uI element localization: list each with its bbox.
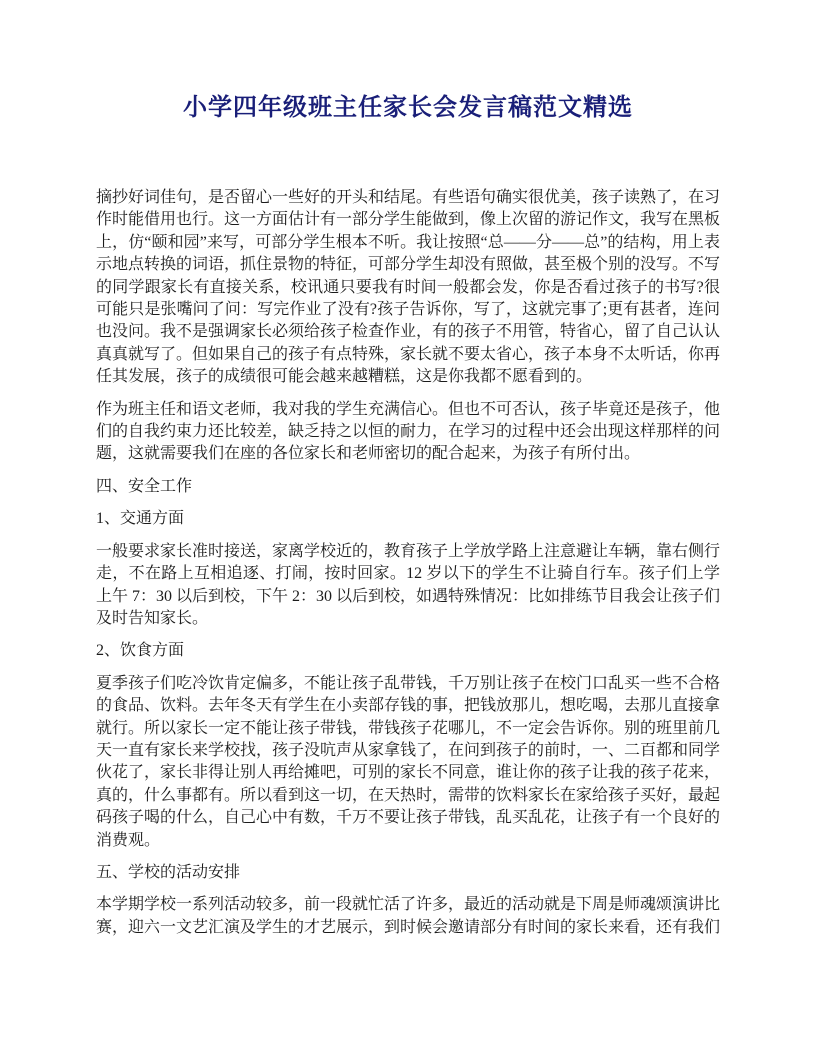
paragraph-traffic-rules: 一般要求家长准时接送，家离学校近的，教育孩子上学放学路上注意避让车辆，靠右侧行走… bbox=[96, 541, 720, 631]
document-title: 小学四年级班主任家长会发言稿范文精选 bbox=[96, 92, 720, 123]
paragraph-diet-money: 夏季孩子们吃冷饮肯定偏多，不能让孩子乱带钱，千万别让孩子在校门口乱买一些不合格的… bbox=[96, 673, 720, 852]
paragraph-school-activities: 本学期学校一系列活动较多，前一段就忙活了许多，最近的活动就是下周是师魂颂演讲比赛… bbox=[96, 894, 720, 939]
section-heading-diet: 2、饮食方面 bbox=[96, 640, 720, 662]
paragraph-teacher-confidence: 作为班主任和语文老师，我对我的学生充满信心。但也不可否认，孩子毕竟还是孩子，他们… bbox=[96, 399, 720, 466]
document-page: 小学四年级班主任家长会发言稿范文精选 摘抄好词佳句，是否留心一些好的开头和结尾。… bbox=[0, 0, 816, 1056]
paragraph-writing-habits: 摘抄好词佳句，是否留心一些好的开头和结尾。有些语句确实很优美，孩子读熟了，在习作… bbox=[96, 187, 720, 389]
section-heading-school-activities: 五、学校的活动安排 bbox=[96, 862, 720, 884]
section-heading-traffic: 1、交通方面 bbox=[96, 508, 720, 530]
section-heading-safety-work: 四、安全工作 bbox=[96, 476, 720, 498]
